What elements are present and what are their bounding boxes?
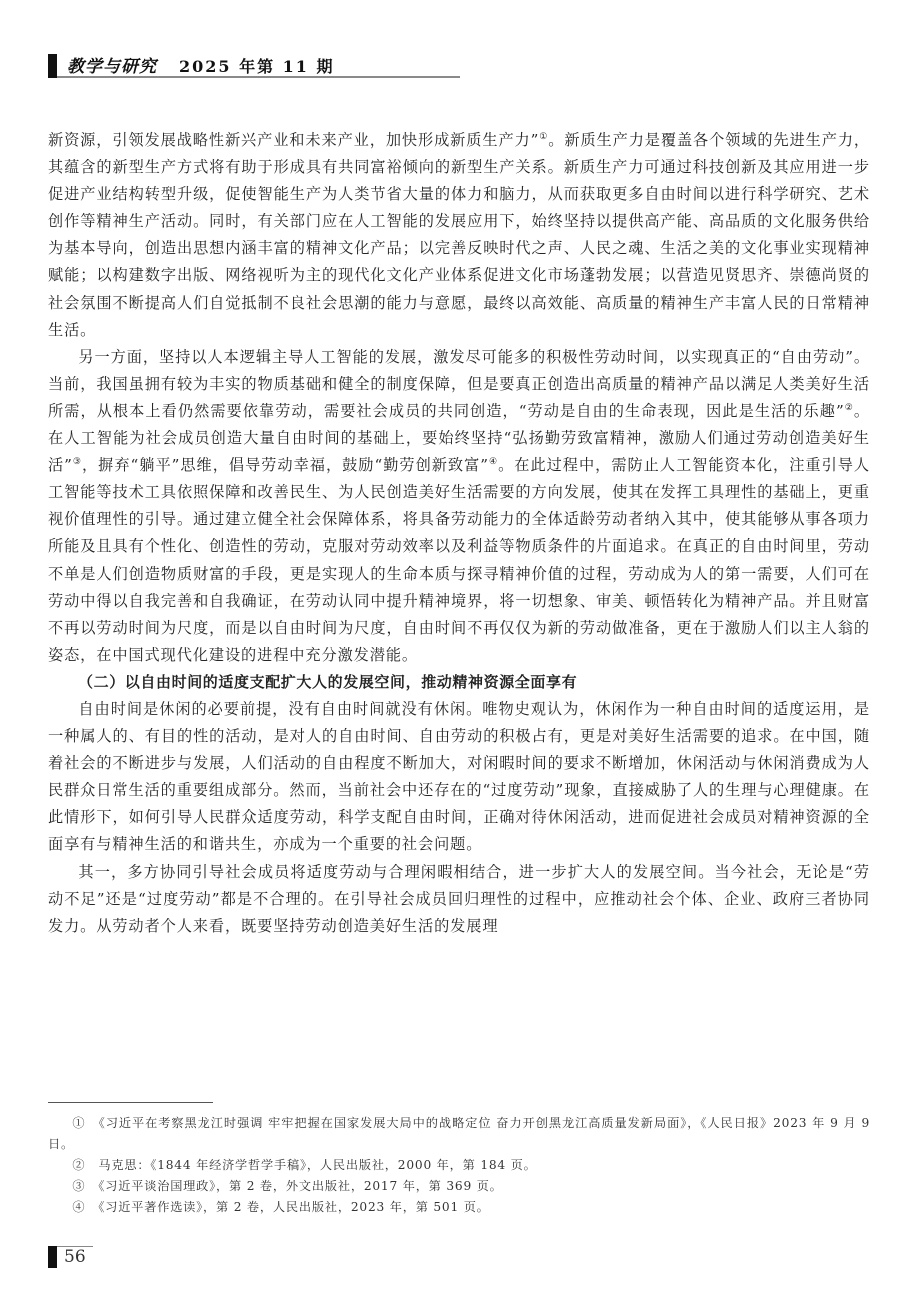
footnote-4: ④ 《习近平著作选读》，第 2 卷，人民出版社，2023 年，第 501 页。 — [48, 1197, 870, 1218]
footnote-2: ② 马克思：《1844 年经济学哲学手稿》，人民出版社，2000 年，第 184… — [48, 1155, 870, 1176]
issue-label: 2025 年第 11 期 — [179, 56, 335, 78]
footnote-ref-2[interactable]: ② — [845, 403, 854, 413]
header-rule — [57, 76, 460, 78]
section-heading: （二）以自由时间的适度支配扩大人的发展空间，推动精神资源全面享有 — [48, 669, 870, 696]
footnote-1: ① 《习近平在考察黑龙江时强调 牢牢把握在国家发展大局中的战略定位 奋力开创黑龙… — [48, 1113, 870, 1155]
page-number: 56 — [64, 1246, 86, 1268]
footnotes: ① 《习近平在考察黑龙江时强调 牢牢把握在国家发展大局中的战略定位 奋力开创黑龙… — [48, 1113, 870, 1218]
paragraph-3: 自由时间是休闲的必要前提，没有自由时间就没有休闲。唯物史观认为，休闲作为一种自由… — [48, 696, 870, 859]
paragraph-2: 另一方面，坚持以人本逻辑主导人工智能的发展，激发尽可能多的积极性劳动时间，以实现… — [48, 344, 870, 669]
article-body: 新资源，引领发展战略性新兴产业和未来产业，加快形成新质生产力”①。新质生产力是覆… — [48, 127, 870, 940]
paragraph-4: 其一，多方协同引导社会成员将适度劳动与合理闲暇相结合，进一步扩大人的发展空间。当… — [48, 859, 870, 940]
footnote-ref-4[interactable]: ④ — [489, 457, 498, 467]
footnote-divider — [48, 1102, 213, 1103]
page-number-marker-bar — [48, 1246, 57, 1268]
journal-title: 教学与研究 — [67, 56, 157, 78]
header-marker-bar — [48, 54, 57, 78]
page-number-block: 56 — [48, 1246, 86, 1268]
paragraph-1: 新资源，引领发展战略性新兴产业和未来产业，加快形成新质生产力”①。新质生产力是覆… — [48, 127, 870, 344]
footnote-ref-3[interactable]: ③ — [73, 457, 82, 467]
footnote-3: ③ 《习近平谈治国理政》，第 2 卷，外文出版社，2017 年，第 369 页。 — [48, 1176, 870, 1197]
page-number-rule — [57, 1246, 93, 1247]
running-header: 教学与研究 2025 年第 11 期 — [48, 54, 335, 78]
footnote-ref-1[interactable]: ① — [539, 132, 548, 142]
